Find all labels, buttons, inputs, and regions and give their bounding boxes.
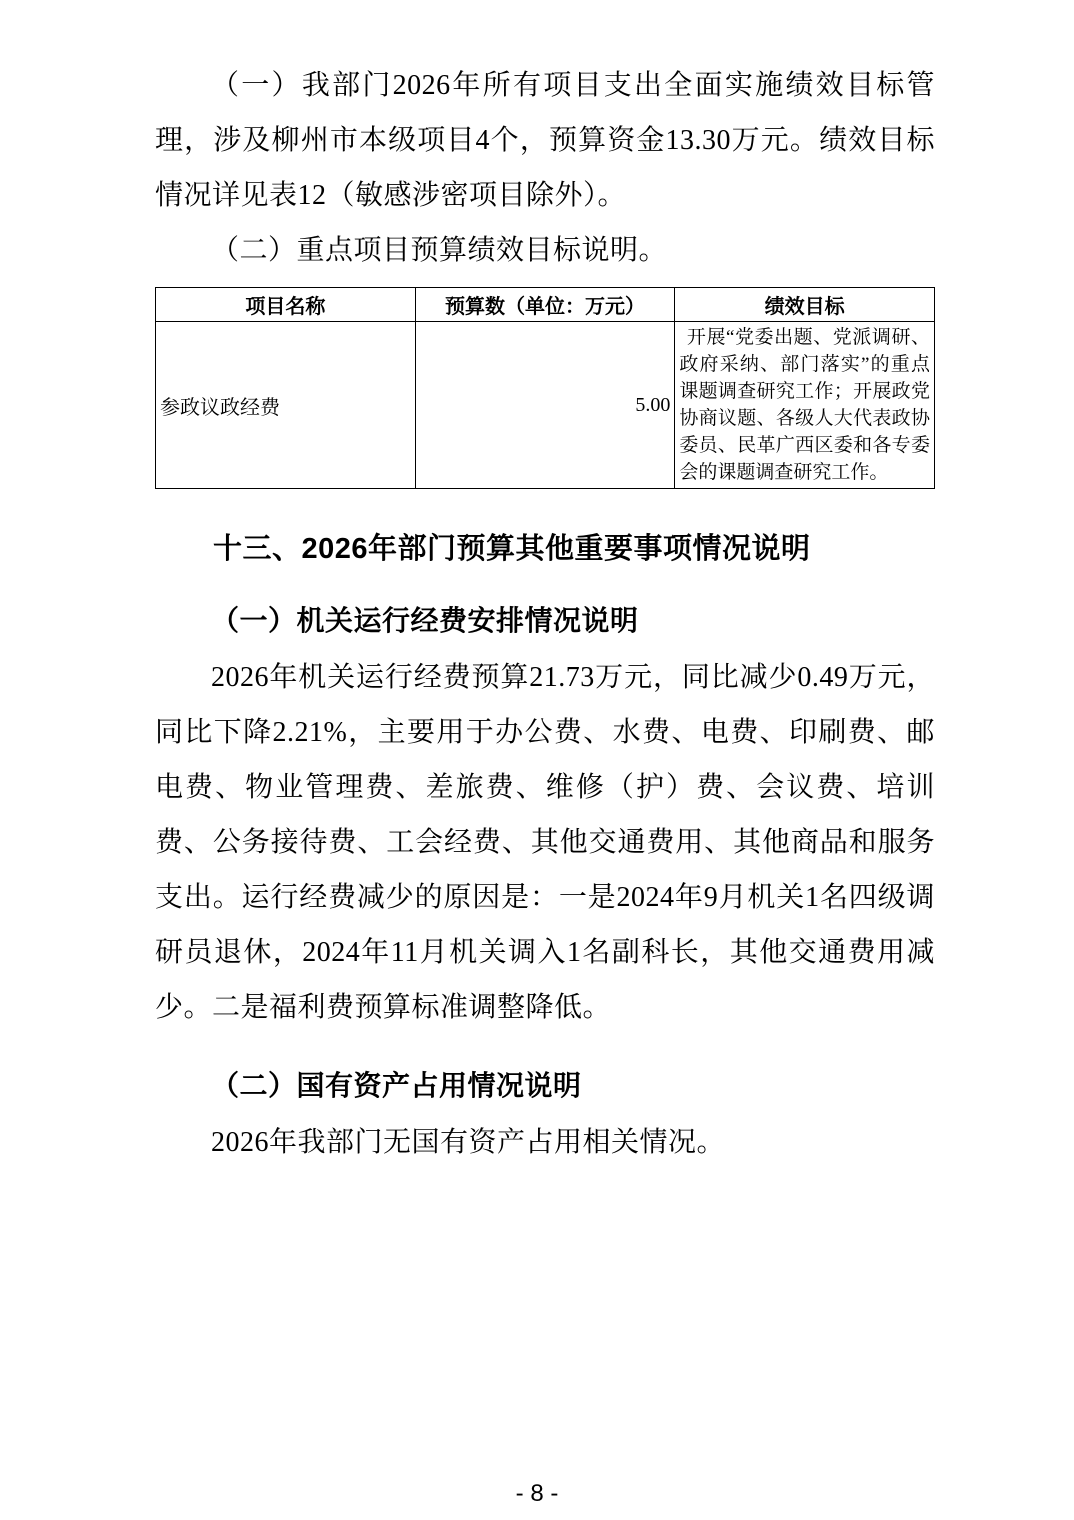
table-row: 参政议政经费 5.00 开展“党委出题、党派调研、政府采纳、部门落实”的重点课题…	[156, 322, 935, 489]
paragraph-operating-expenses: 2026年机关运行经费预算21.73万元，同比减少0.49万元，同比下降2.21…	[155, 650, 935, 1035]
section-13-title: 十三、2026年部门预算其他重要事项情况说明	[155, 528, 935, 570]
subsection-1-title: （一）机关运行经费安排情况说明	[155, 601, 935, 643]
paragraph-key-project-intro: （二）重点项目预算绩效目标说明。	[155, 223, 935, 278]
cell-budget: 5.00	[415, 322, 675, 489]
cell-performance-target: 开展“党委出题、党派调研、政府采纳、部门落实”的重点课题调查研究工作；开展政党协…	[675, 322, 935, 489]
table-header-row: 项目名称 预算数（单位：万元） 绩效目标	[156, 288, 935, 322]
subsection-2-title: （二）国有资产占用情况说明	[155, 1066, 935, 1108]
page-number: - 8 -	[0, 1480, 1074, 1508]
paragraph-state-assets: 2026年我部门无国有资产占用相关情况。	[155, 1115, 935, 1170]
document-page: （一）我部门2026年所有项目支出全面实施绩效目标管理，涉及柳州市本级项目4个，…	[0, 0, 1074, 1520]
table-header-performance-target: 绩效目标	[675, 288, 935, 322]
performance-target-table: 项目名称 预算数（单位：万元） 绩效目标 参政议政经费 5.00 开展“党委出题…	[155, 287, 935, 489]
table-header-project-name: 项目名称	[156, 288, 416, 322]
table-header-budget: 预算数（单位：万元）	[415, 288, 675, 322]
cell-project-name: 参政议政经费	[156, 322, 416, 489]
paragraph-performance-overview: （一）我部门2026年所有项目支出全面实施绩效目标管理，涉及柳州市本级项目4个，…	[155, 58, 935, 223]
